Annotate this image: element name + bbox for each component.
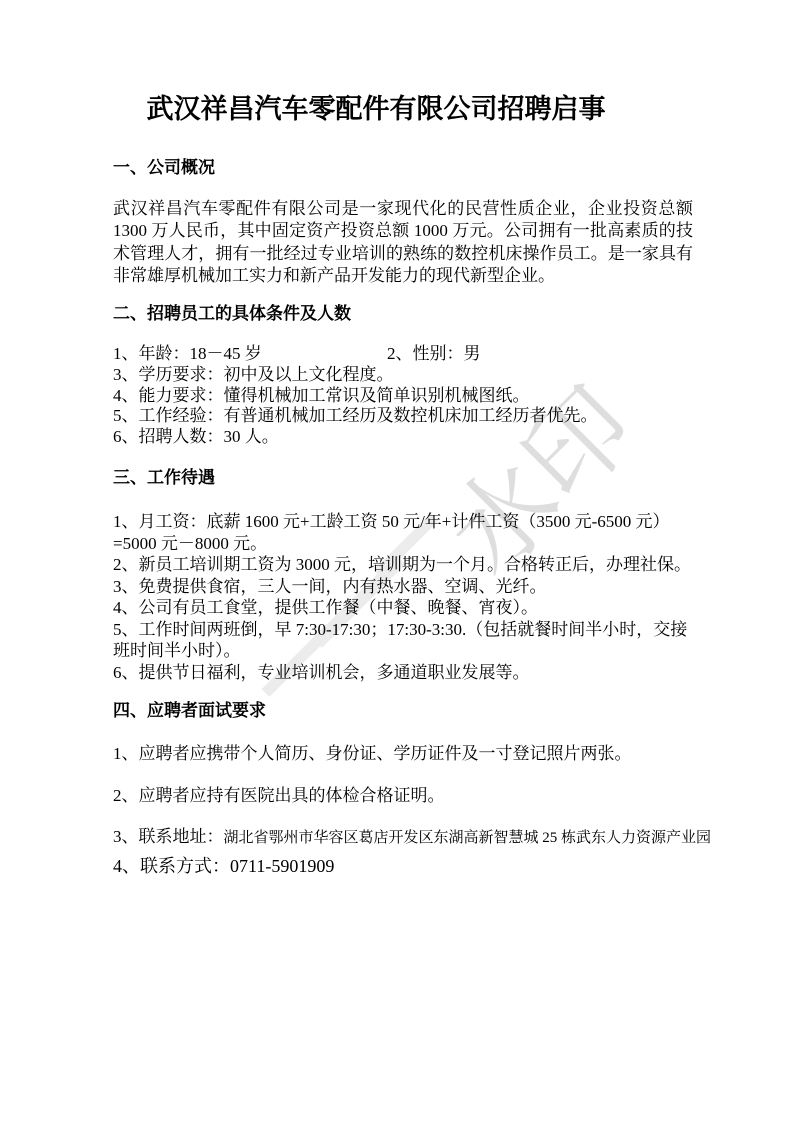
age-gender-row: 1、年龄：18－45 岁 2、性别：男	[113, 344, 693, 365]
list-item: 5、工作时间两班倒，早 7:30-17:30；17:30-3:30.（包括就餐时…	[113, 619, 693, 662]
contact-phone-label: 4、联系方式：	[113, 856, 230, 876]
contact-address-value: 湖北省鄂州市华容区葛店开发区东湖高新智慧城 25 栋武东人力资源产业园	[224, 830, 712, 846]
list-item: 4、能力要求：懂得机械加工常识及简单识别机械图纸。	[113, 386, 693, 407]
list-item: 3、学历要求：初中及以上文化程度。	[113, 365, 693, 386]
document-page: 水印 武汉祥昌汽车零配件有限公司招聘启事 一、公司概况 武汉祥昌汽车零配件有限公…	[0, 0, 793, 1122]
list-item: 6、提供节日福利，专业培训机会，多通道职业发展等。	[113, 662, 693, 684]
contact-address-label: 3、联系地址：	[113, 827, 224, 846]
list-item: 3、免费提供食宿，三人一间，内有热水器、空调、光纤。	[113, 576, 693, 598]
section-2-heading: 二、招聘员工的具体条件及人数	[113, 304, 351, 324]
section-4-heading: 四、应聘者面试要求	[113, 701, 266, 721]
document-title: 武汉祥昌汽车零配件有限公司招聘启事	[56, 90, 696, 128]
section-3-heading: 三、工作待遇	[113, 468, 215, 488]
section-1-heading: 一、公司概况	[113, 158, 215, 178]
age-item: 1、年龄：18－45 岁	[113, 344, 262, 363]
benefits-list: 1、月工资：底薪 1600 元+工龄工资 50 元/年+计件工资（3500 元-…	[113, 511, 693, 683]
list-item: 2、新员工培训期工资为 3000 元，培训期为一个月。合格转正后，办理社保。	[113, 554, 693, 576]
contact-address-row: 3、联系地址：湖北省鄂州市华容区葛店开发区东湖高新智慧城 25 栋武东人力资源产…	[113, 826, 713, 849]
list-item: 5、工作经验：有普通机械加工经历及数控机床加工经历者优先。	[113, 406, 693, 427]
list-item: 6、招聘人数：30 人。	[113, 427, 693, 448]
list-item: 1、月工资：底薪 1600 元+工龄工资 50 元/年+计件工资（3500 元-…	[113, 511, 693, 554]
requirements-list: 1、年龄：18－45 岁 2、性别：男 3、学历要求：初中及以上文化程度。 4、…	[113, 344, 693, 448]
contact-phone-value: 0711-5901909	[230, 856, 334, 876]
gender-item: 2、性别：男	[387, 344, 481, 365]
list-item: 4、公司有员工食堂，提供工作餐（中餐、晚餐、宵夜）。	[113, 597, 693, 619]
company-overview-paragraph: 武汉祥昌汽车零配件有限公司是一家现代化的民营性质企业，企业投资总额 1300 万…	[113, 198, 693, 287]
interview-requirement-item: 2、应聘者应持有医院出具的体检合格证明。	[113, 785, 713, 807]
contact-phone-row: 4、联系方式：0711-5901909	[113, 855, 713, 877]
interview-requirement-item: 1、应聘者应携带个人简历、身份证、学历证件及一寸登记照片两张。	[113, 743, 713, 765]
